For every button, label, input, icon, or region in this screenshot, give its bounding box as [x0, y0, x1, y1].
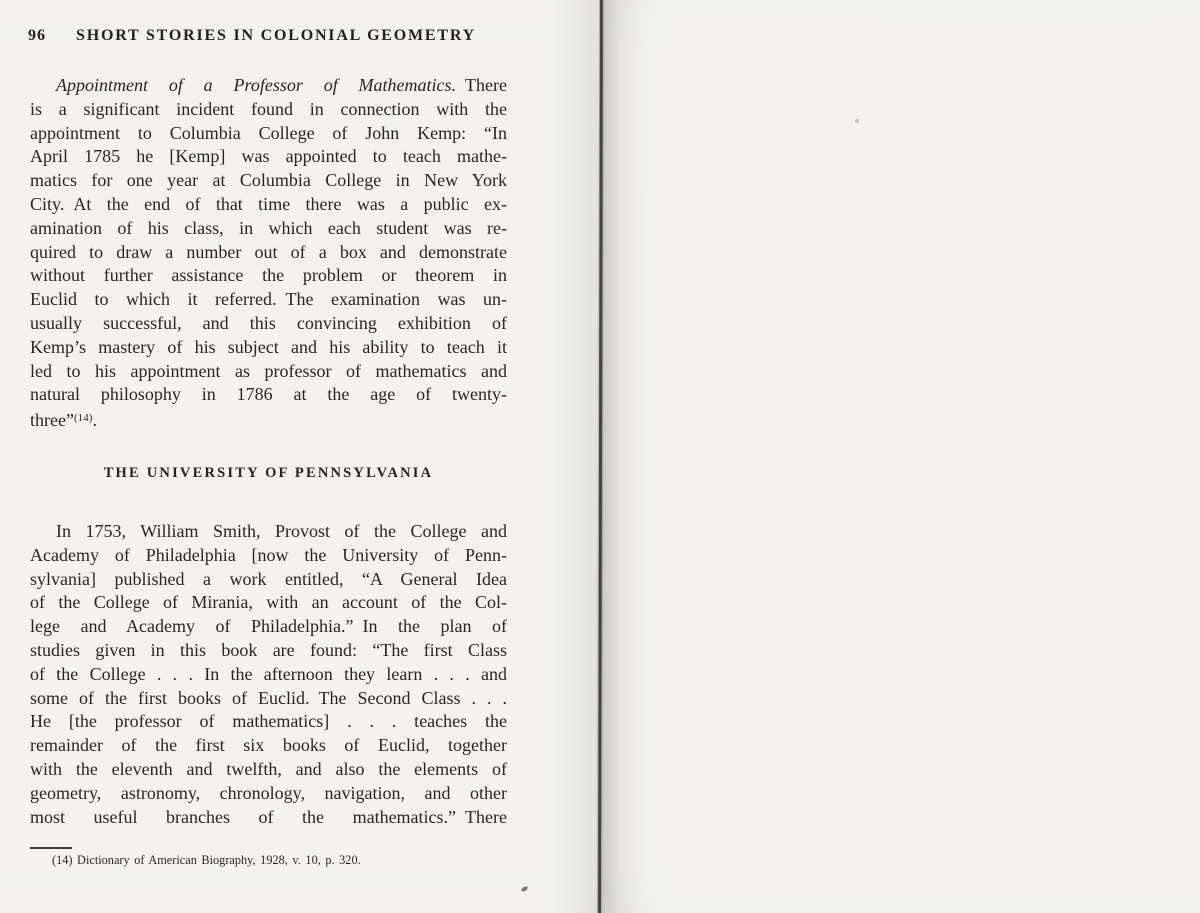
text-line: is a significant incident found in conne… [30, 98, 507, 122]
text-line: In 1753, William Smith, Provost of the C… [30, 520, 507, 544]
text-line: (14) Dictionary of American Biography, 1… [30, 854, 507, 867]
left-running-title: SHORT STORIES IN COLONIAL GEOMETRY [76, 27, 476, 45]
footnote-rule-left [30, 847, 72, 849]
left-page: 96 SHORT STORIES IN COLONIAL GEOMETRY Ap… [0, 0, 600, 913]
text-line: Appointment of a Professor of Mathematic… [30, 74, 507, 98]
text-line: without further assistance the problem o… [30, 264, 507, 288]
text-line: City. At the end of that time there was … [30, 193, 507, 217]
text-line: lege and Academy of Philadelphia.” In th… [30, 615, 507, 639]
text-line: April 1785 he [Kemp] was appointed to te… [30, 145, 507, 169]
text-line: Kemp’s mastery of his subject and his ab… [30, 336, 507, 360]
text-line: quired to draw a number out of a box and… [30, 241, 507, 265]
left-page-number: 96 [28, 27, 46, 45]
text-line: with the eleventh and twelfth, and also … [30, 758, 507, 782]
left-running-head: 96 SHORT STORIES IN COLONIAL GEOMETRY [28, 27, 528, 45]
text-line: most useful branches of the mathematics.… [30, 806, 507, 830]
text-line: remainder of the first six books of Eucl… [30, 734, 507, 758]
section-heading-university-of-pennsylvania: THE UNIVERSITY OF PENNSYLVANIA [30, 463, 507, 483]
text-line: led to his appointment as professor of m… [30, 360, 507, 384]
text-line: of the College . . . In the afternoon th… [30, 663, 507, 687]
text-line: geometry, astronomy, chronology, navigat… [30, 782, 507, 806]
text-line: amination of his class, in which each st… [30, 217, 507, 241]
text-line: Euclid to which it referred. The examina… [30, 288, 507, 312]
text-line: usually successful, and this convincing … [30, 312, 507, 336]
paragraph-william-smith: In 1753, William Smith, Provost of the C… [30, 520, 507, 829]
text-line: sylvania] published a work entitled, “A … [30, 568, 507, 592]
text-line: three”(14). [30, 407, 507, 433]
text-line: studies given in this book are found: “T… [30, 639, 507, 663]
text-line: He [the professor of mathematics] . . . … [30, 710, 507, 734]
text-line: some of the first books of Euclid. The S… [30, 687, 507, 711]
paragraph-kemp-appointment: Appointment of a Professor of Mathematic… [30, 74, 507, 433]
book-spread: 96 SHORT STORIES IN COLONIAL GEOMETRY Ap… [0, 0, 1200, 913]
text-line: natural philosophy in 1786 at the age of… [30, 383, 507, 407]
footnote-14: (14) Dictionary of American Biography, 1… [30, 854, 507, 867]
text-line: Academy of Philadelphia [now the Univers… [30, 544, 507, 568]
right-page: SHORT STORIES IN COLONIAL GEOMETRY 97 se… [600, 0, 1200, 913]
text-line: of the College of Mirania, with an accou… [30, 591, 507, 615]
text-line: appointment to Columbia College of John … [30, 122, 507, 146]
text-line: matics for one year at Columbia College … [30, 169, 507, 193]
